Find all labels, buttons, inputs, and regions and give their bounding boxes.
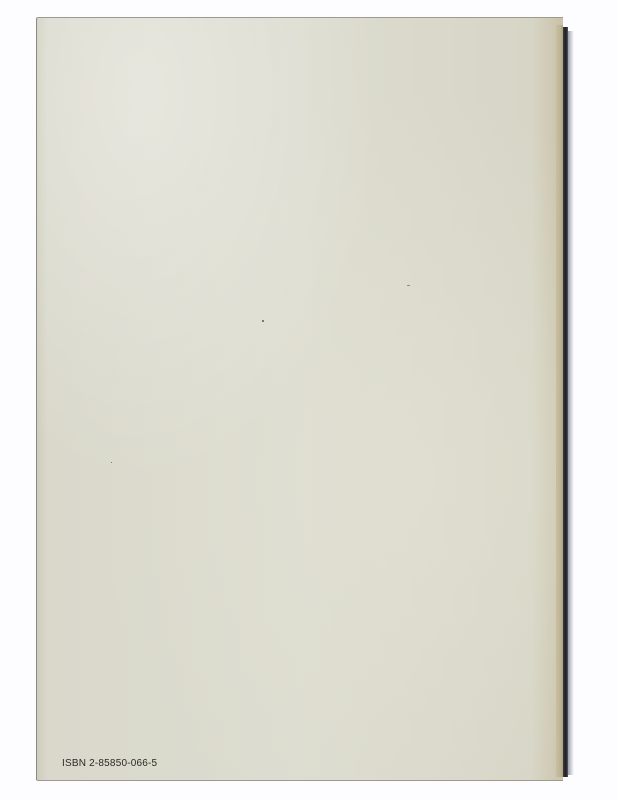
paper-speck bbox=[111, 462, 112, 463]
isbn-number: ISBN 2-85850-066-5 bbox=[62, 758, 157, 769]
page-block-edge bbox=[556, 25, 563, 777]
book: ISBN 2-85850-066-5 bbox=[36, 17, 577, 781]
spine-shadow bbox=[568, 31, 574, 775]
back-cover-page: ISBN 2-85850-066-5 bbox=[36, 17, 563, 781]
scanned-book-back-cover: ISBN 2-85850-066-5 bbox=[0, 0, 618, 800]
paper-speck bbox=[407, 285, 410, 286]
paper-speck bbox=[262, 320, 264, 322]
